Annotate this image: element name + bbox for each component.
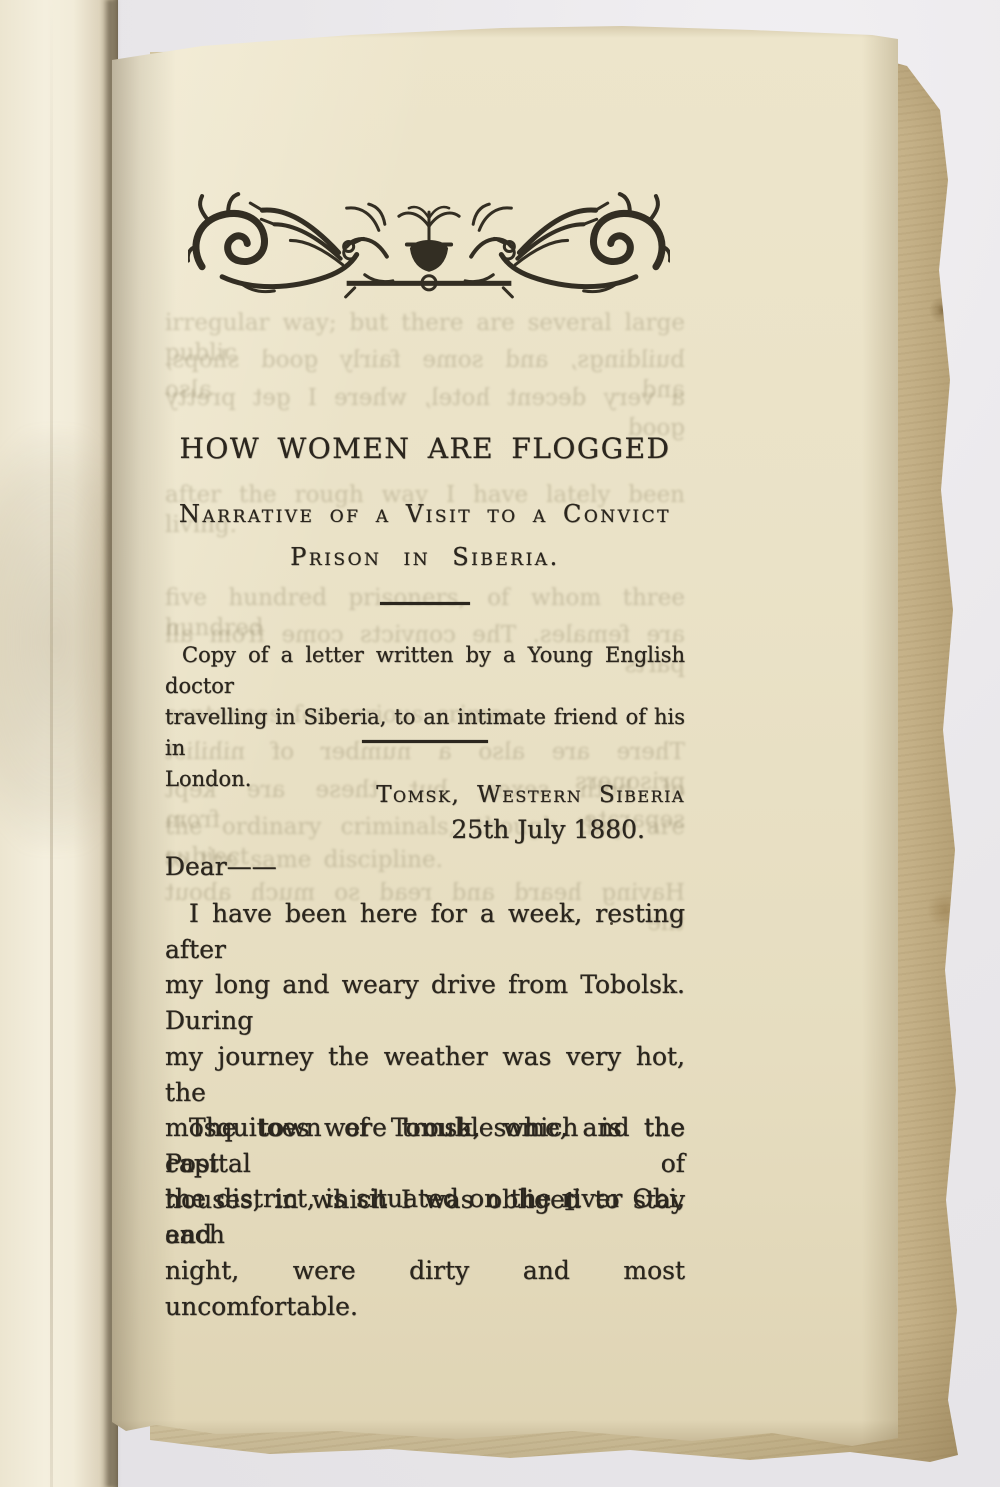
ink-fleck xyxy=(610,922,613,925)
letter-date-line: 25th July 1880. xyxy=(165,815,685,845)
headpiece-ornament xyxy=(188,190,670,303)
page-number: 1 xyxy=(562,1188,577,1216)
letter-salutation: Dear—— xyxy=(165,852,685,882)
book-page: irregular way; but there are several lar… xyxy=(112,22,898,1450)
divider-rule-2 xyxy=(362,740,488,743)
text-line: the district, is situated on the river O… xyxy=(165,1181,685,1252)
intro-note: Copy of a letter written by a Young Engl… xyxy=(165,640,685,795)
headpiece-ornament-graphic xyxy=(188,190,670,303)
chapter-subtitle-line-2: Prison in Siberia. xyxy=(165,543,685,572)
text-line: my journey the weather was very hot, the xyxy=(165,1039,685,1110)
letter-place-line: Tomsk, Western Siberia xyxy=(165,782,685,810)
facing-page-edge xyxy=(0,0,118,1487)
text-line: I have been here for a week, resting aft… xyxy=(165,896,685,967)
divider-rule-1 xyxy=(380,602,470,605)
printed-text-layer: HOW WOMEN ARE FLOGGED Narrative of a Vis… xyxy=(112,22,898,1450)
chapter-subtitle-line-1: Narrative of a Visit to a Convict xyxy=(165,500,685,529)
text-line: travelling in Siberia, to an intimate fr… xyxy=(165,702,685,764)
chapter-title: HOW WOMEN ARE FLOGGED xyxy=(165,432,685,466)
letter-paragraph-2: The town of Tomsk, which is the capital … xyxy=(165,1110,685,1253)
text-line: Copy of a letter written by a Young Engl… xyxy=(165,640,685,702)
text-line: The town of Tomsk, which is the capital … xyxy=(165,1110,685,1181)
text-line: night, were dirty and most uncomfortable… xyxy=(165,1253,685,1324)
text-line: my long and weary drive from Tobolsk. Du… xyxy=(165,967,685,1038)
photo-background: irregular way; but there are several lar… xyxy=(0,0,1000,1487)
